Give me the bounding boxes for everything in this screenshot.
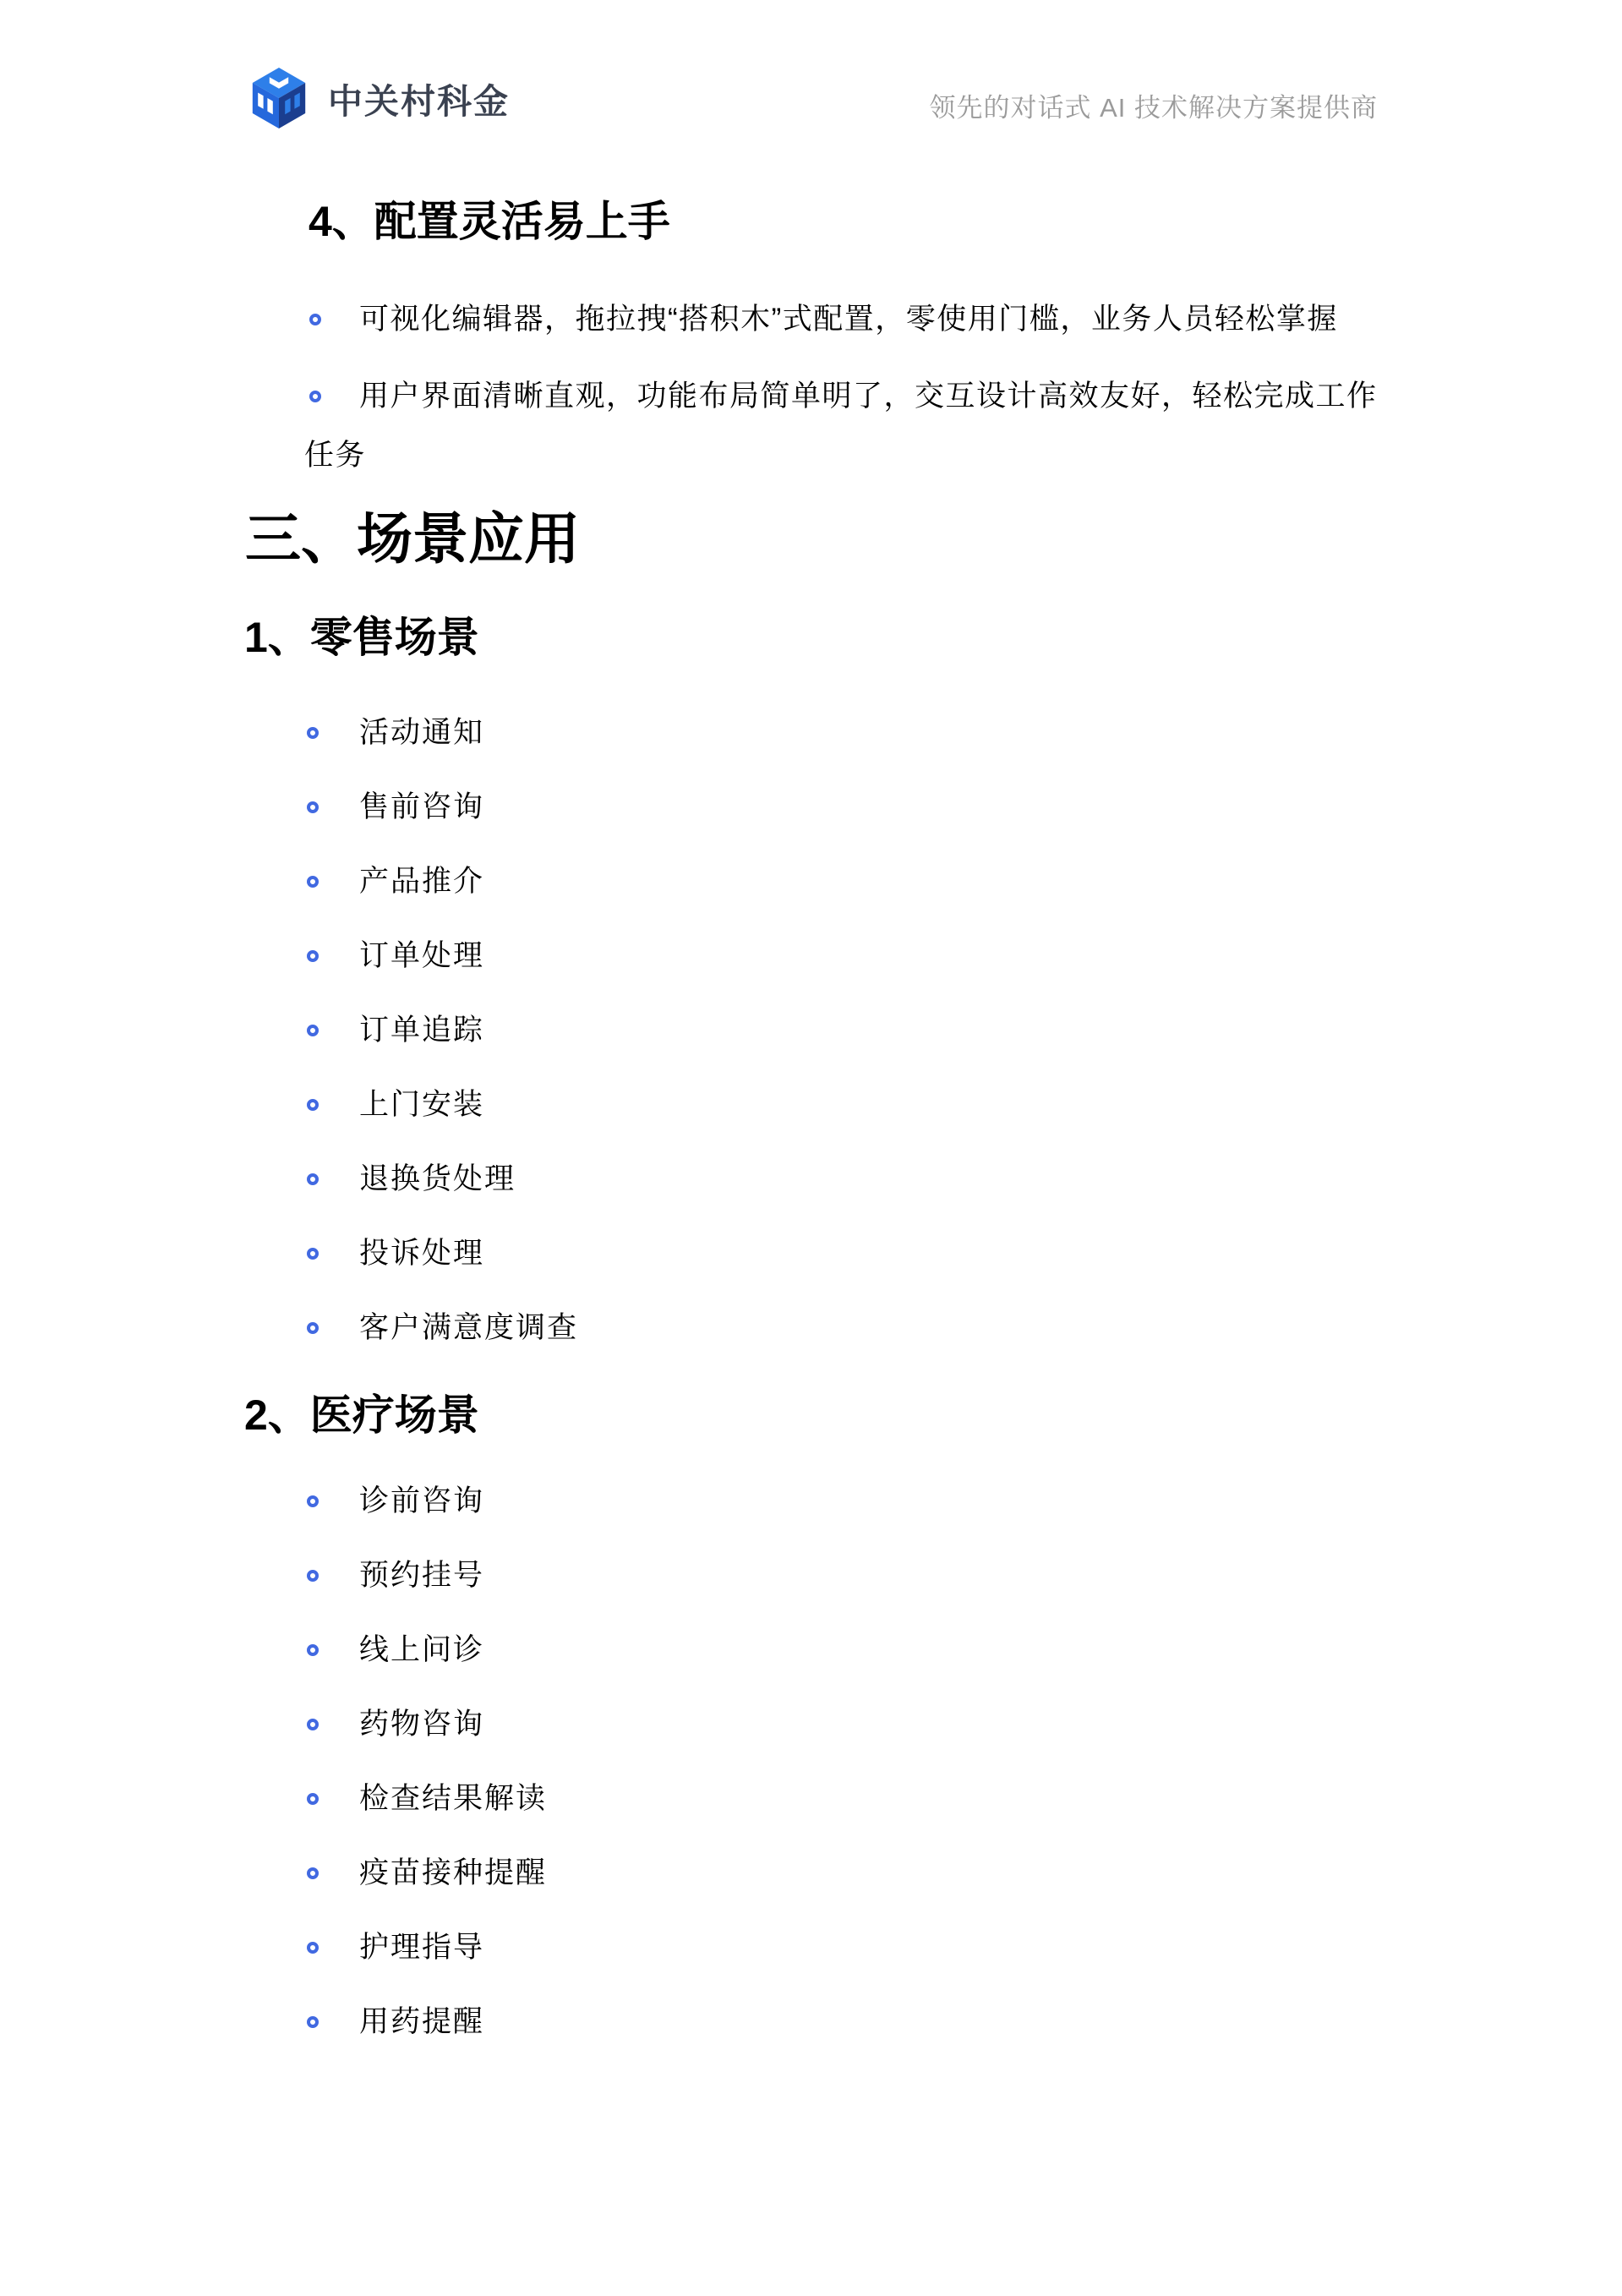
list-item-label: 护理指导 (359, 1931, 484, 1964)
list-item: 线上问诊 (243, 1632, 1378, 1669)
bullet-circle-icon (307, 1099, 319, 1111)
bullet-circle-icon (307, 1570, 319, 1582)
list-item-label: 退换货处理 (359, 1162, 516, 1195)
list-item: 检查结果解读 (243, 1780, 1378, 1818)
bullet-circle-icon (307, 2016, 319, 2028)
list-item-label: 诊前咨询 (359, 1484, 484, 1517)
bullet-circle-icon (307, 1495, 319, 1507)
list-item-label: 疫苗接种提醒 (359, 1856, 547, 1889)
bullet-circle-icon (307, 1942, 319, 1954)
list-item: 产品推介 (243, 863, 1378, 900)
list-item: 诊前咨询 (243, 1483, 1378, 1520)
bullet-paragraph: 用户界面清晰直观，功能布局简单明了，交互设计高效友好，轻松完成工作 任务 (304, 367, 1378, 485)
list-item-label: 上门安装 (359, 1088, 484, 1121)
document-page: 中关村科金 领先的对话式 AI 技术解决方案提供商 4、配置灵活易上手 可视化编… (0, 0, 1622, 2296)
list-item-label: 预约挂号 (359, 1559, 484, 1592)
bullet-text-continuation: 任务 (304, 426, 1378, 485)
bullet-circle-icon (307, 1793, 319, 1805)
list-item: 投诉处理 (243, 1235, 1378, 1272)
bullet-circle-icon (307, 1025, 319, 1036)
list-item-label: 订单追踪 (359, 1014, 484, 1047)
bullet-text: 可视化编辑器，拖拉拽“搭积木”式配置，零使用门槛，业务人员轻松掌握 (304, 290, 1378, 349)
bullet-circle-icon (309, 314, 321, 325)
list-item-label: 活动通知 (359, 716, 484, 749)
document-content: 4、配置灵活易上手 可视化编辑器，拖拉拽“搭积木”式配置，零使用门槛，业务人员轻… (243, 0, 1378, 2078)
list-item: 活动通知 (243, 714, 1378, 752)
header-tagline: 领先的对话式 AI 技术解决方案提供商 (929, 86, 1378, 124)
list-item: 订单追踪 (243, 1012, 1378, 1049)
list-item: 疫苗接种提醒 (243, 1855, 1378, 1892)
cube-logo-icon (243, 64, 314, 132)
list-item: 客户满意度调查 (243, 1309, 1378, 1347)
company-name: 中关村科金 (328, 74, 510, 123)
list-item-label: 投诉处理 (359, 1237, 484, 1270)
company-logo: 中关村科金 (243, 64, 510, 132)
page-header: 中关村科金 领先的对话式 AI 技术解决方案提供商 (243, 64, 1378, 132)
list-item-label: 售前咨询 (359, 790, 484, 823)
bullet-circle-icon (307, 950, 319, 962)
bullet-circle-icon (307, 727, 319, 739)
list-item: 护理指导 (243, 1929, 1378, 1966)
list-item: 上门安装 (243, 1086, 1378, 1123)
list-item: 药物咨询 (243, 1706, 1378, 1743)
list-item: 退换货处理 (243, 1161, 1378, 1198)
heading-medical: 2、医疗场景 (244, 1392, 1378, 1439)
heading-config: 4、配置灵活易上手 (309, 199, 1378, 245)
bullet-circle-icon (307, 1248, 319, 1260)
bullet-circle-icon (307, 1173, 319, 1185)
list-item-label: 线上问诊 (359, 1633, 484, 1666)
bullet-circle-icon (307, 876, 319, 888)
bullet-paragraph: 可视化编辑器，拖拉拽“搭积木”式配置，零使用门槛，业务人员轻松掌握 (304, 290, 1378, 349)
list-item-label: 产品推介 (359, 865, 484, 898)
bullet-circle-icon (307, 1867, 319, 1879)
bullet-circle-icon (307, 1644, 319, 1656)
list-item: 用药提醒 (243, 2004, 1378, 2041)
heading-scenarios: 三、场景应用 (245, 508, 1378, 570)
list-item-label: 药物咨询 (359, 1708, 484, 1741)
medical-list: 诊前咨询 预约挂号 线上问诊 药物咨询 检查结果解读 疫苗接种提醒 (243, 1483, 1378, 2078)
list-item: 预约挂号 (243, 1557, 1378, 1594)
list-item-label: 客户满意度调查 (359, 1311, 578, 1344)
bullet-circle-icon (307, 1719, 319, 1730)
bullet-circle-icon (307, 801, 319, 813)
bullet-circle-icon (309, 391, 321, 402)
bullet-text: 用户界面清晰直观，功能布局简单明了，交互设计高效友好，轻松完成工作 (304, 367, 1378, 426)
heading-retail: 1、零售场景 (244, 615, 1378, 661)
list-item: 订单处理 (243, 938, 1378, 975)
list-item: 售前咨询 (243, 789, 1378, 826)
retail-list: 活动通知 售前咨询 产品推介 订单处理 订单追踪 上门安装 (243, 714, 1378, 1384)
bullet-circle-icon (307, 1322, 319, 1334)
list-item-label: 用药提醒 (359, 2005, 484, 2038)
list-item-label: 检查结果解读 (359, 1782, 547, 1815)
list-item-label: 订单处理 (359, 939, 484, 972)
